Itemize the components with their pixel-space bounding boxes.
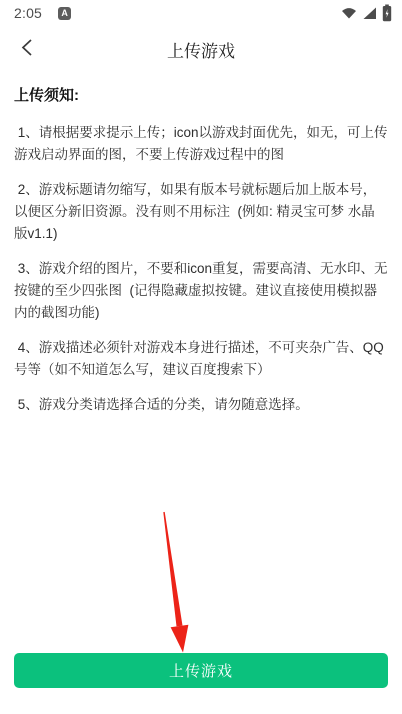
wifi-icon <box>341 6 357 20</box>
notification-app-badge-icon: A <box>58 7 71 20</box>
notice-item-2: 2、游戏标题请勿缩写，如果有版本号就标题后加上版本号，以便区分新旧资源。没有则不… <box>14 179 388 245</box>
battery-charging-icon <box>382 4 392 22</box>
notice-item-4: 4、游戏描述必须针对游戏本身进行描述，不可夹杂广告、QQ号等（如不知道怎么写，建… <box>14 337 388 381</box>
notice-heading: 上传须知: <box>14 84 388 105</box>
clock: 2:05 <box>14 5 42 21</box>
page-title: 上传游戏 <box>0 37 402 62</box>
status-icons <box>341 4 392 22</box>
upload-game-button[interactable]: 上传游戏 <box>14 653 388 688</box>
red-arrow-annotation-icon <box>152 506 198 654</box>
cell-signal-icon <box>362 6 377 20</box>
back-button[interactable] <box>10 28 46 70</box>
notice-item-3: 3、游戏介绍的图片，不要和icon重复，需要高清、无水印、无按键的至少四张图 (… <box>14 258 388 324</box>
notice-item-5: 5、游戏分类请选择合适的分类，请勿随意选择。 <box>14 394 388 416</box>
app-bar: 上传游戏 <box>0 28 402 70</box>
chevron-left-icon <box>19 38 37 60</box>
status-bar: 2:05 A <box>0 0 402 26</box>
upload-notice: 上传须知: 1、请根据要求提示上传；icon以游戏封面优先，如无，可上传游戏启动… <box>14 84 388 429</box>
upload-game-screen: 2:05 A <box>0 0 402 714</box>
notice-item-1: 1、请根据要求提示上传；icon以游戏封面优先，如无，可上传游戏启动界面的图，不… <box>14 122 388 166</box>
